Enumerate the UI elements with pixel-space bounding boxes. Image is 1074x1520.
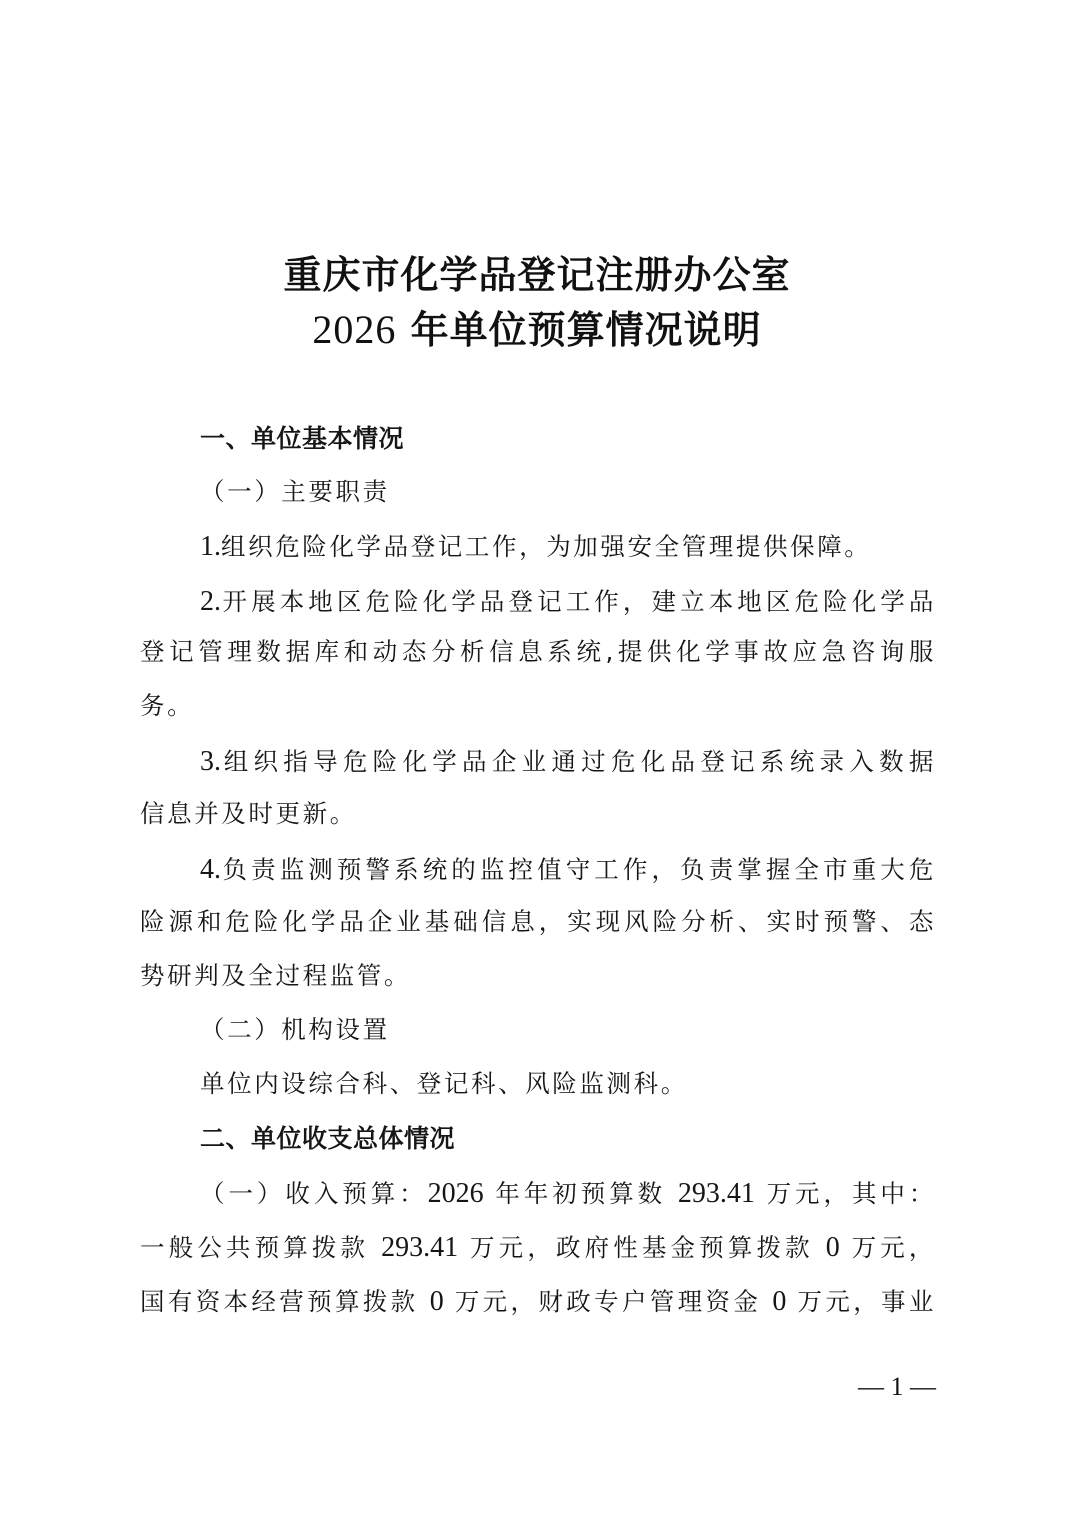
duty-item-4-line2: 险源和危险化学品企业基础信息，实现风险分析、实时预警、态 [140,910,936,935]
duty-item-4-line1: 4.负责监测预警系统的监控值守工作，负责掌握全市重大危 [200,856,936,884]
duty-item-3-line1: 3.组织指导危险化学品企业通过危化品登记系统录入数据 [200,748,936,776]
duty-item-2-line3: 务。 [140,694,936,719]
duty-item-4-line3: 势研判及全过程监管。 [140,964,936,989]
income-line2: 一般公共预算拨款 293.41 万元，政府性基金预算拨款 0 万元， [140,1234,936,1262]
section2-heading: 二、单位收支总体情况 [200,1126,936,1151]
document-page: 重庆市化学品登记注册办公室 2026 年单位预算情况说明 一、单位基本情况 （一… [0,0,1074,1520]
sub1-heading: （一）主要职责 [200,480,936,505]
income-line3: 国有资本经营预算拨款 0 万元，财政专户管理资金 0 万元，事业 [140,1288,936,1316]
document-title-line2: 2026 年单位预算情况说明 [0,310,1074,350]
title-year: 2026 [312,307,396,352]
section1-heading: 一、单位基本情况 [200,426,936,451]
duty-item-2-line1: 2.开展本地区危险化学品登记工作，建立本地区危险化学品 [200,588,936,616]
title-rest: 年单位预算情况说明 [396,307,761,352]
income-line1: （一）收入预算：2026 年年初预算数 293.41 万元，其中： [200,1180,936,1208]
org-structure-text: 单位内设综合科、登记科、风险监测科。 [200,1072,936,1097]
document-title-line1: 重庆市化学品登记注册办公室 [0,256,1074,294]
duty-item-2-line2: 登记管理数据库和动态分析信息系统,提供化学事故应急咨询服 [140,640,936,665]
sub2-heading: （二）机构设置 [200,1018,936,1043]
page-number: — 1 — [858,1372,936,1402]
duty-item-3-line2: 信息并及时更新。 [140,802,936,827]
duty-item-1: 1.组织危险化学品登记工作，为加强安全管理提供保障。 [200,533,936,561]
